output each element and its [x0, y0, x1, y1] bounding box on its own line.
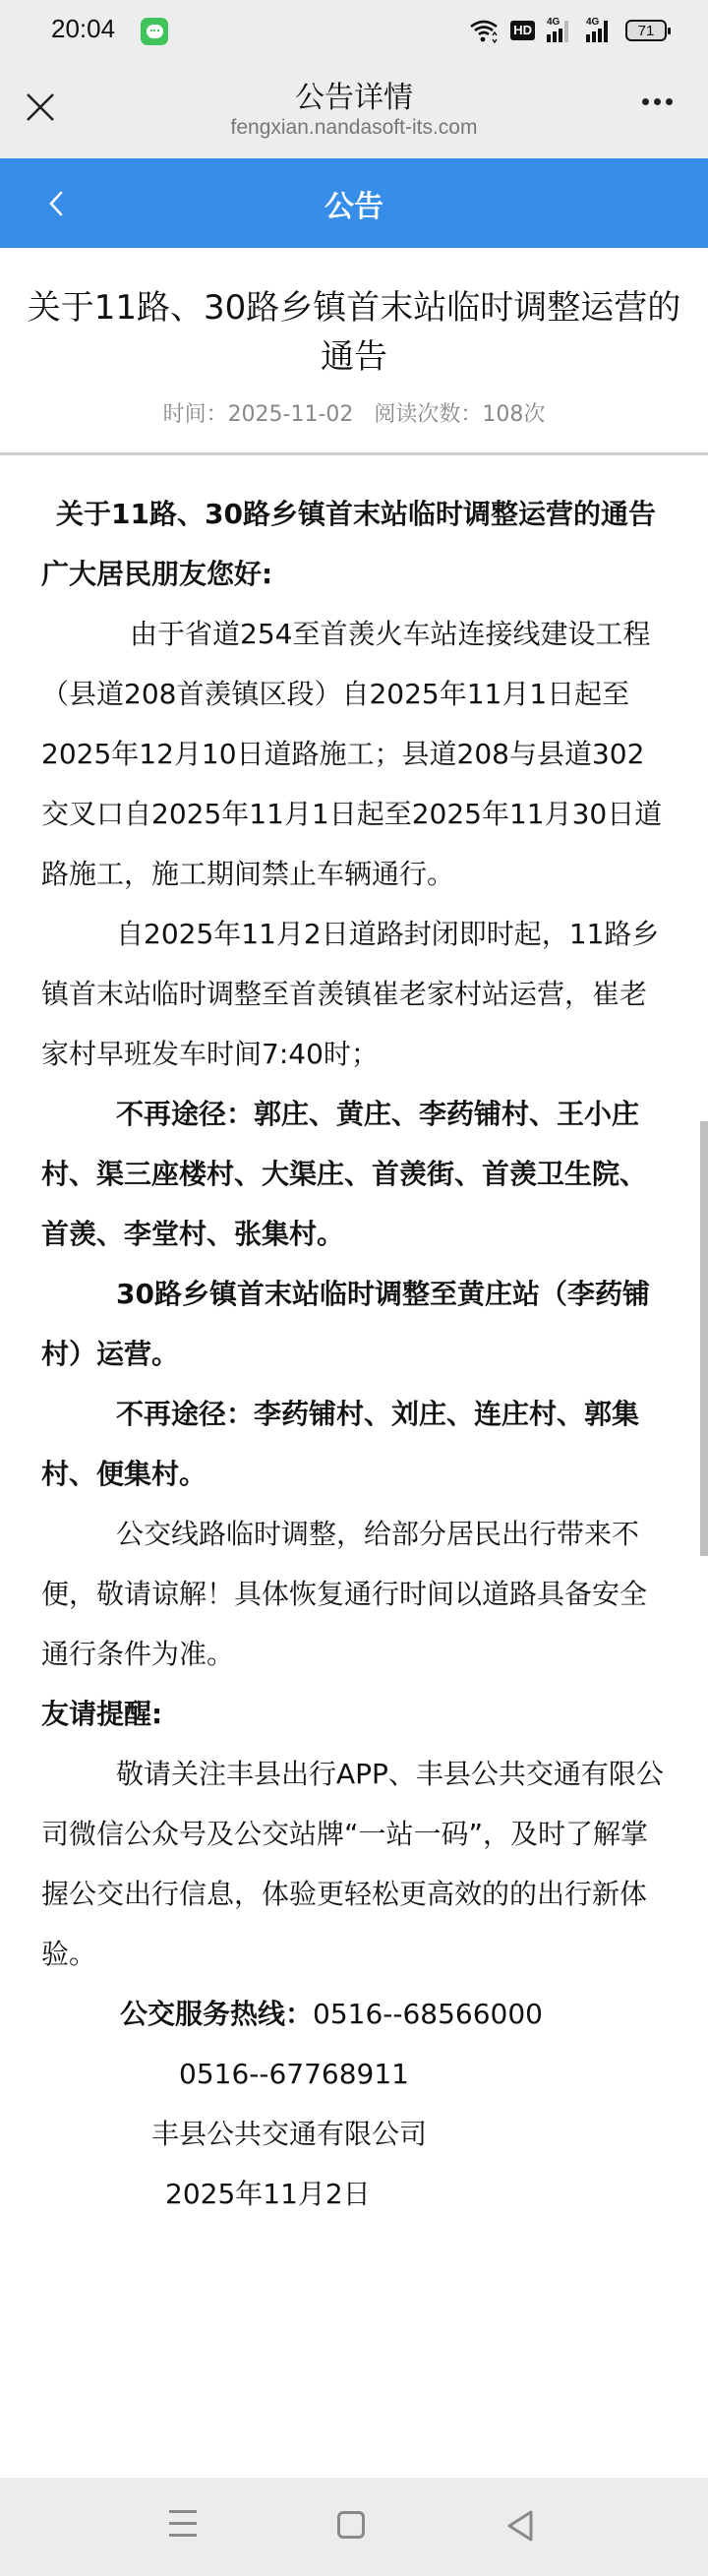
divider — [0, 452, 708, 455]
browser-toolbar: 公告详情 fengxian.nandasoft-its.com — [0, 61, 708, 158]
browser-url: fengxian.nandasoft-its.com — [0, 116, 708, 140]
paragraph-route-30-skipped-stops: 不再途径：李药铺村、刘庄、连庄村、郭集村、便集村。 — [41, 1384, 671, 1504]
more-icon[interactable] — [642, 98, 673, 105]
article-body: 关于11路、30路乡镇首末站临时调整运营的通告 广大居民朋友您好: 由于省道25… — [41, 484, 671, 2224]
paragraph-route-11: 自2025年11月2日道路封闭即时起，11路乡镇首末站临时调整至首羡镇崔老家村站… — [41, 904, 671, 1084]
status-time: 20:04 — [51, 14, 115, 44]
greeting: 广大居民朋友您好: — [41, 544, 671, 604]
paragraph-construction: 由于省道254至首羡火车站连接线建设工程（县道208首羡镇区段）自2025年11… — [41, 604, 671, 904]
paragraph-reminder: 敬请关注丰县出行APP、丰县公共交通有限公司微信公众号及公交站牌“一站一码”，及… — [41, 1744, 671, 1984]
paragraph-route-11-skipped-stops: 不再途径：郭庄、黄庄、李药铺村、王小庄村、渠三座楼村、大渠庄、首羡街、首羡卫生院… — [41, 1084, 671, 1264]
app-header-title: 公告 — [0, 182, 708, 225]
home-icon[interactable] — [337, 2511, 365, 2539]
back-triangle-icon[interactable] — [505, 2509, 535, 2543]
article-title: 关于11路、30路乡镇首末站临时调整运营的通告 — [20, 283, 688, 382]
signal-icon: 4G — [547, 19, 574, 42]
article-meta: 时间：2025-11-02 阅读次数：108次 — [0, 397, 708, 428]
paragraph-apology: 公交线路临时调整，给部分居民出行带来不便，敬请谅解！具体恢复通行时间以道路具备安… — [41, 1504, 671, 1684]
hotline-number-2: 0516--67768911 — [41, 2044, 671, 2104]
hotline-number-1: 0516--68566000 — [313, 1998, 543, 2030]
hotline-label: 公交服务热线： — [120, 1998, 313, 2030]
reminder-label: 友请提醒: — [41, 1684, 671, 1744]
wifi-icon — [469, 18, 499, 43]
read-count: 阅读次数：108次 — [374, 402, 545, 427]
system-nav-bar — [0, 2478, 708, 2576]
status-bar: 20:04 HD 4G 4G 71 — [0, 0, 708, 61]
menu-icon[interactable] — [169, 2510, 199, 2540]
battery-icon: 71 — [625, 20, 667, 41]
status-icons: HD 4G 4G 71 — [469, 16, 667, 45]
chat-app-icon — [141, 18, 168, 45]
hd-icon: HD — [510, 21, 535, 40]
signature: 丰县公共交通有限公司 — [41, 2104, 671, 2164]
publish-time: 时间：2025-11-02 — [163, 402, 354, 427]
hotline-line: 公交服务热线：0516--68566000 — [41, 1984, 671, 2044]
paragraph-route-30: 30路乡镇首末站临时调整至黄庄站（李药铺村）运营。 — [41, 1264, 671, 1384]
app-header: 公告 — [0, 158, 708, 248]
signature-date: 2025年11月2日 — [41, 2164, 671, 2224]
scrollbar[interactable] — [700, 1121, 708, 1556]
signal-icon: 4G — [586, 19, 614, 42]
body-heading: 关于11路、30路乡镇首末站临时调整运营的通告 — [41, 484, 671, 544]
browser-page-title: 公告详情 — [0, 73, 708, 116]
